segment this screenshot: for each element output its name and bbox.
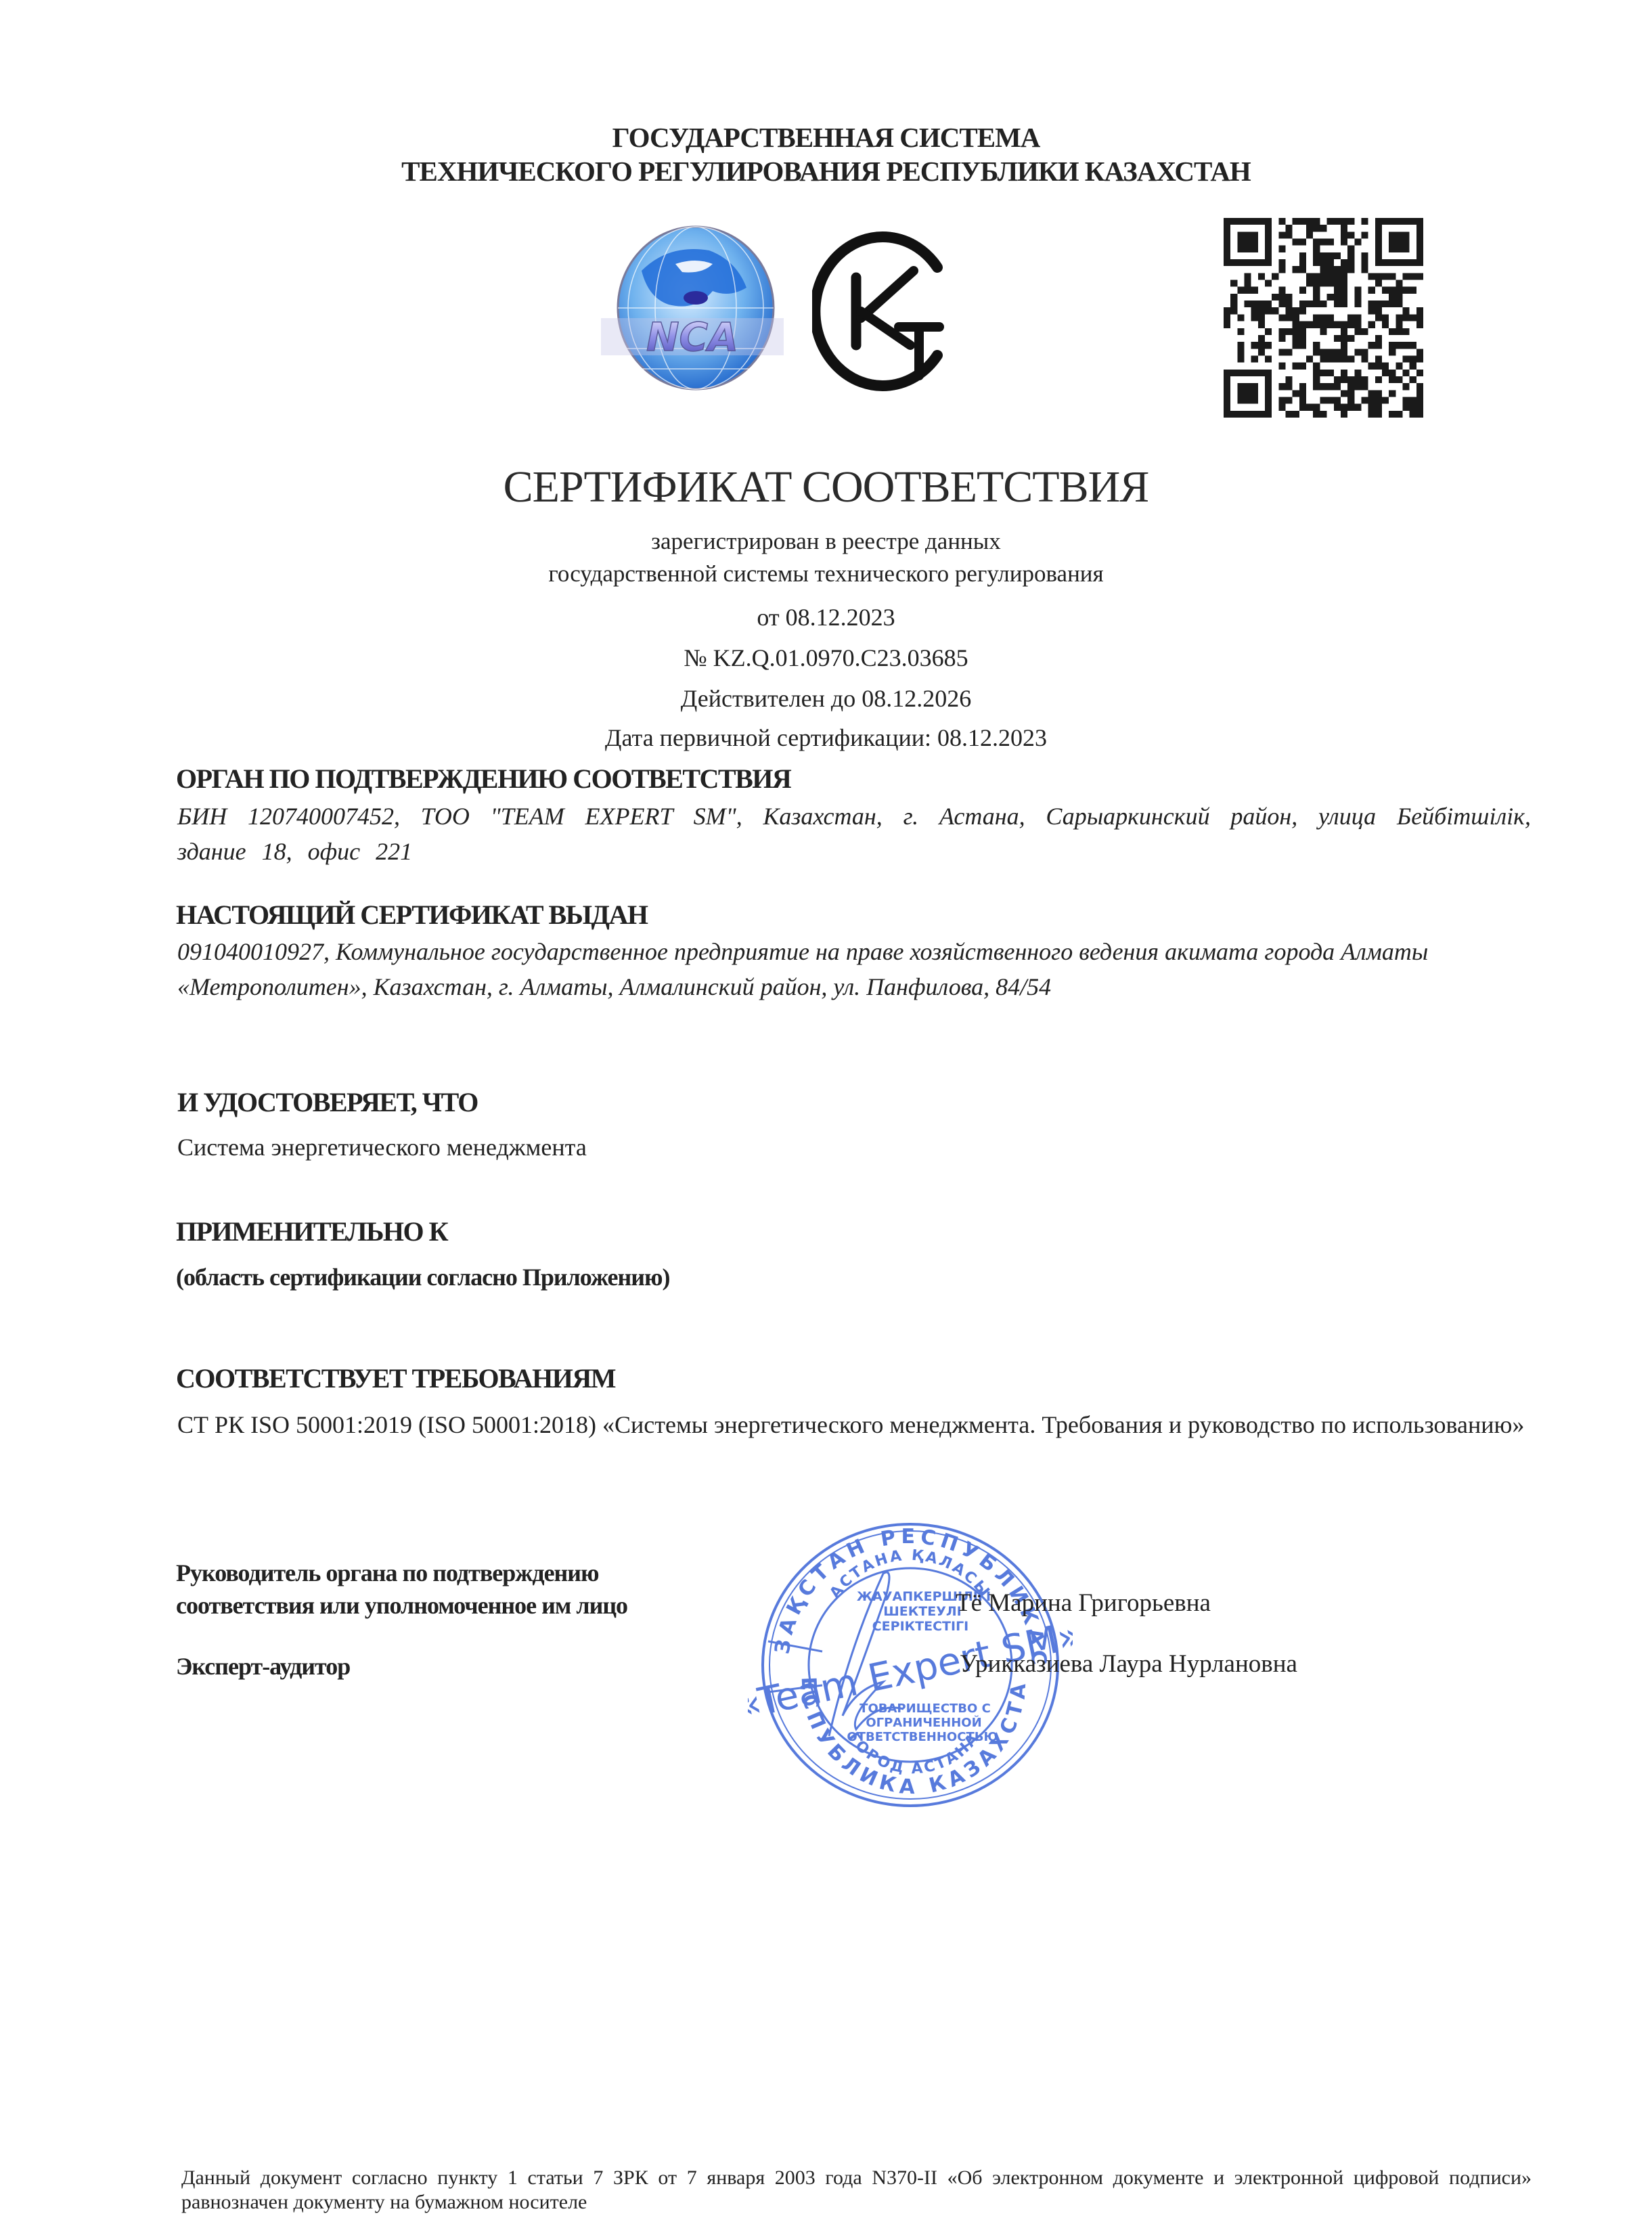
registration-note: зарегистрирован в реестре данных государ… [0, 525, 1652, 590]
auditor-label: Эксперт-аудитор [176, 1650, 350, 1683]
initial-certification-date: Дата первичной сертификации: 08.12.2023 [0, 724, 1652, 752]
gov-header-line1: ГОСУДАРСТВЕННАЯ СИСТЕМА [0, 120, 1652, 154]
svg-text:ОГРАНИЧЕННОЙ: ОГРАНИЧЕННОЙ [866, 1715, 981, 1730]
certificate-number: № KZ.Q.01.0970.C23.03685 [0, 644, 1652, 672]
kt-mark-icon [812, 227, 961, 393]
svg-text:ОТВЕТСТВЕННОСТЬЮ: ОТВЕТСТВЕННОСТЬЮ [847, 1730, 998, 1744]
section-heading-certifies: И УДОСТОВЕРЯЕТ, ЧТО [177, 1086, 478, 1118]
section-heading-issued-to: НАСТОЯЩИЙ СЕРТИФИКАТ ВЫДАН [176, 899, 648, 931]
section-text-issued-to: 091040010927, Коммунальное государственн… [177, 934, 1517, 1004]
globe-icon: NCA [594, 223, 790, 393]
section-text-complies: СТ РК ISO 50001:2019 (ISO 50001:2018) «С… [177, 1408, 1527, 1442]
valid-until: Действителен до 08.12.2026 [0, 684, 1652, 713]
gov-system-header: ГОСУДАРСТВЕННАЯ СИСТЕМА ТЕХНИЧЕСКОГО РЕГ… [0, 120, 1652, 188]
svg-text:ШЕКТЕУЛІ: ШЕКТЕУЛІ [883, 1604, 961, 1619]
registration-line2: государственной системы технического рег… [0, 558, 1652, 590]
section-text-applicable: (область сертификации согласно Приложени… [176, 1263, 670, 1291]
section-text-certifies: Система энергетического менеджмента [177, 1133, 587, 1161]
svg-text:ТОВАРИЩЕСТВО С: ТОВАРИЩЕСТВО С [860, 1702, 991, 1716]
head-signatory-label: Руководитель органа по подтверждению соо… [176, 1557, 627, 1622]
section-text-body: БИН 120740007452, ТОО "TEAM EXPERT SM", … [177, 799, 1531, 869]
gov-header-line2: ТЕХНИЧЕСКОГО РЕГУЛИРОВАНИЯ РЕСПУБЛИКИ КА… [0, 154, 1652, 188]
section-heading-applicable: ПРИМЕНИТЕЛЬНО К [176, 1216, 447, 1247]
certificate-title: СЕРТИФИКАТ СООТВЕТСТВИЯ [0, 462, 1652, 513]
auditor-name: Урикказиева Лаура Нурлановна [960, 1649, 1297, 1679]
head-signatory-name: Тё Марина Григорьевна [956, 1588, 1211, 1618]
kt-conformity-mark [812, 227, 961, 393]
nca-text: NCA [646, 314, 738, 360]
qr-code-icon [1224, 218, 1423, 418]
section-heading-body: ОРГАН ПО ПОДТВЕРЖДЕНИЮ СООТВЕТСТВИЯ [176, 763, 790, 795]
certificate-date: от 08.12.2023 [0, 603, 1652, 631]
qr-code[interactable] [1224, 218, 1423, 418]
svg-text:СЕРІКТЕСТІГІ: СЕРІКТЕСТІГІ [872, 1619, 969, 1634]
nca-logo: NCA [594, 223, 790, 393]
legal-footer-note: Данный документ согласно пункту 1 статьи… [181, 2166, 1532, 2215]
registration-line1: зарегистрирован в реестре данных [0, 525, 1652, 558]
section-heading-complies: СООТВЕТСТВУЕТ ТРЕБОВАНИЯМ [176, 1362, 615, 1394]
